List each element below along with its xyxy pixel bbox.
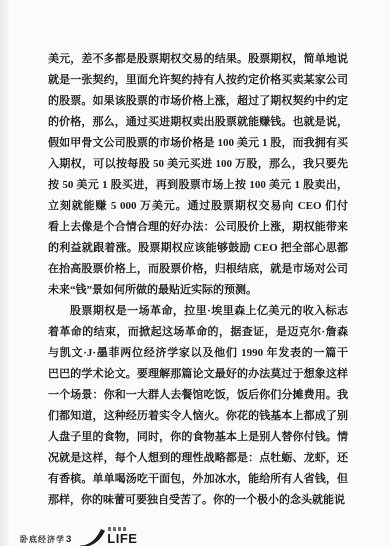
text-line: 的价格，那么，通过买进期权卖出股票就能赚钱。也就是说， — [48, 112, 348, 133]
text-line: 立刻就能赚 5 000 万美元。通过股票期权交易向 CEO 们付薪， — [48, 196, 348, 217]
text-line: 一个场景：你和一大群人去餐馆吃饭，饭后你们分摊费用。我 — [48, 385, 348, 406]
text-line: 入期权，可以按每股 50 美元买进 100 万股，那么，我只要先 — [48, 154, 348, 175]
text-line: 们都知道，这种经历着实令人恼火。你花的钱基本上都成了别 — [48, 406, 348, 427]
swoosh-icon — [79, 527, 109, 546]
book-page: 美元，差不多都是股票期权交易的结果。股票期权，简单地说就是一张契约，里面允许契约… — [0, 0, 390, 546]
footer-book-title: 卧底经济学 — [20, 535, 65, 544]
text-line: 美元，差不多都是股票期权交易的结果。股票期权，简单地说 — [48, 49, 348, 70]
text-line: 的股票。如果该股票的市场价格上涨，超过了期权契约中约定 — [48, 91, 348, 112]
footer-title-block: 卧底经济学3 — [20, 529, 71, 546]
text-line: 有香槟。单单喝汤吃干面包，外加冰水，能给所有人省钱，但 — [48, 469, 348, 490]
text-line: 按 50 美元 1 股买进，再到股票市场上按 100 美元 1 股卖出， — [48, 175, 348, 196]
text-line: 与凯文·J·墨菲两位经济学家以及他们 1990 年发表的一篇干 — [48, 343, 348, 364]
body-text: 美元，差不多都是股票期权交易的结果。股票期权，简单地说就是一张契约，里面允许契约… — [48, 49, 348, 511]
text-line: 着革命的结束，而掀起这场革命的，据查证，是迈克尔·詹森 — [48, 322, 348, 343]
text-line: 假如甲骨文公司股票的市场价格是 100 美元 1 股，而我拥有买 — [48, 133, 348, 154]
publisher-logo: LIFE — [79, 526, 137, 546]
text-line: 巴巴的学术论文。要理解那篇论文最好的办法莫过于想象这样 — [48, 364, 348, 385]
text-line: 况就是这样，每个人想到的理性战略都是：点牡蛎、龙虾，还 — [48, 448, 348, 469]
footer-book-volume: 3 — [66, 534, 71, 545]
text-line: 人盘子里的食物，同时，你的食物基本上是别人替你付钱。情 — [48, 427, 348, 448]
text-line: 看上去像是个合情合理的好办法：公司股价上涨，期权能带来 — [48, 217, 348, 238]
paragraph: 股票期权是一场革命，拉里·埃里森上亿美元的收入标志着革命的结束，而掀起这场革命的… — [48, 301, 348, 511]
text-line: 那样，你的味蕾可要独自受苦了。你的一个极小的念头就能说 — [48, 490, 348, 511]
text-line: 就是一张契约，里面允许契约持有人按约定价格买卖某家公司 — [48, 70, 348, 91]
text-line: 在抬高股票价格上，而股票价格，归根结底，就是市场对公司 — [48, 259, 348, 280]
text-line: 股票期权是一场革命，拉里·埃里森上亿美元的收入标志 — [48, 301, 348, 322]
logo-life-text: LIFE — [107, 532, 137, 546]
text-line: 未来“钱”景如何所做的最贴近实际的预测。 — [48, 280, 348, 301]
text-line: 的利益就跟着涨。股票期权应该能够鼓励 CEO 把全部心思都花 — [48, 238, 348, 259]
page-gutter-shadow — [0, 0, 10, 546]
logo-text-column: LIFE — [107, 526, 137, 546]
page-footer: 卧底经济学3 LIFE — [20, 526, 137, 546]
paragraph: 美元，差不多都是股票期权交易的结果。股票期权，简单地说就是一张契约，里面允许契约… — [48, 49, 348, 301]
